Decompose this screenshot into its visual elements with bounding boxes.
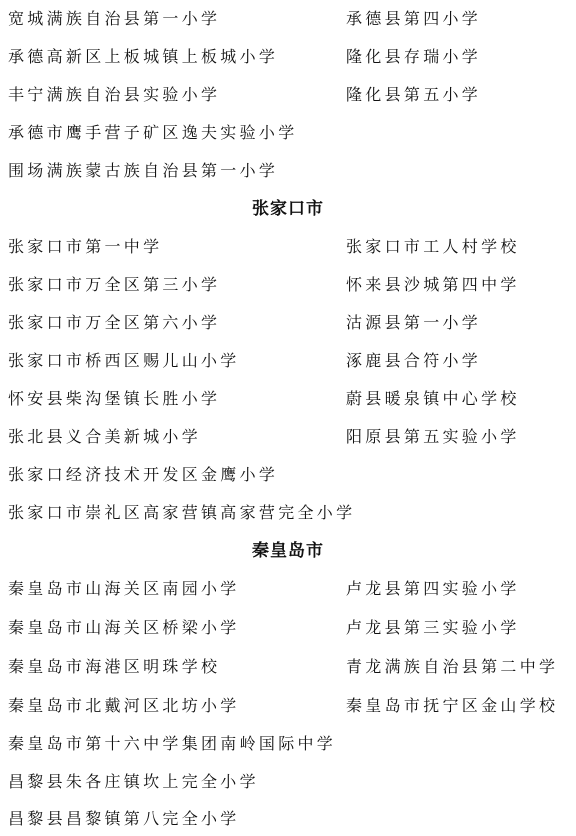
list-row: 昌黎县朱各庄镇坎上完全小学: [0, 763, 576, 801]
school-name: 昌黎县朱各庄镇坎上完全小学: [8, 763, 259, 801]
school-name: 秦皇岛市第十六中学集团南岭国际中学: [8, 725, 336, 763]
list-row: 丰宁满族自治县实验小学 隆化县第五小学: [0, 76, 576, 114]
list-row: 怀安县柴沟堡镇长胜小学 蔚县暖泉镇中心学校: [0, 380, 576, 418]
school-name: 张北县义合美新城小学: [8, 418, 201, 456]
list-row: 昌黎县昌黎镇第八完全小学: [0, 800, 576, 836]
school-name: 卢龙县第三实验小学: [346, 609, 520, 647]
school-name: 张家口市第一中学: [8, 228, 162, 266]
list-row: 秦皇岛市第十六中学集团南岭国际中学: [0, 725, 576, 763]
section-heading-qinhuangdao: 秦皇岛市: [0, 532, 576, 570]
school-name: 秦皇岛市山海关区南园小学: [8, 570, 240, 608]
school-name: 张家口市万全区第六小学: [8, 304, 220, 342]
school-name: 卢龙县第四实验小学: [346, 570, 520, 608]
list-row: 宽城满族自治县第一小学 承德县第四小学: [0, 0, 576, 38]
list-row: 张家口市崇礼区高家营镇高家营完全小学: [0, 494, 576, 532]
school-name: 秦皇岛市山海关区桥梁小学: [8, 609, 240, 647]
school-name: 青龙满族自治县第二中学: [346, 648, 558, 686]
school-name: 隆化县存瑞小学: [346, 38, 481, 76]
list-row: 张家口市万全区第三小学 怀来县沙城第四中学: [0, 266, 576, 304]
list-row: 张家口市第一中学 张家口市工人村学校: [0, 228, 576, 266]
school-name: 张家口市崇礼区高家营镇高家营完全小学: [8, 494, 355, 532]
list-row: 秦皇岛市海港区明珠学校 青龙满族自治县第二中学: [0, 648, 576, 686]
section-heading-zhangjiakou: 张家口市: [0, 190, 576, 228]
list-row: 秦皇岛市山海关区南园小学 卢龙县第四实验小学: [0, 570, 576, 608]
list-row: 秦皇岛市山海关区桥梁小学 卢龙县第三实验小学: [0, 609, 576, 647]
school-name: 承德高新区上板城镇上板城小学: [8, 38, 278, 76]
list-row: 张家口市万全区第六小学 沽源县第一小学: [0, 304, 576, 342]
school-name: 宽城满族自治县第一小学: [8, 0, 220, 38]
school-name: 张家口市工人村学校: [346, 228, 520, 266]
school-name: 秦皇岛市海港区明珠学校: [8, 648, 220, 686]
school-name: 张家口经济技术开发区金鹰小学: [8, 456, 278, 494]
school-name: 张家口市桥西区赐儿山小学: [8, 342, 240, 380]
list-row: 张北县义合美新城小学 阳原县第五实验小学: [0, 418, 576, 456]
school-name: 张家口市万全区第三小学: [8, 266, 220, 304]
school-name: 秦皇岛市抚宁区金山学校: [346, 687, 558, 725]
school-name: 围场满族蒙古族自治县第一小学: [8, 152, 278, 190]
school-name: 承德县第四小学: [346, 0, 481, 38]
school-name: 丰宁满族自治县实验小学: [8, 76, 220, 114]
school-list-page: 宽城满族自治县第一小学 承德县第四小学 承德高新区上板城镇上板城小学 隆化县存瑞…: [0, 0, 576, 836]
school-name: 阳原县第五实验小学: [346, 418, 520, 456]
school-name: 蔚县暖泉镇中心学校: [346, 380, 520, 418]
list-row: 秦皇岛市北戴河区北坊小学 秦皇岛市抚宁区金山学校: [0, 687, 576, 725]
school-name: 隆化县第五小学: [346, 76, 481, 114]
list-row: 张家口经济技术开发区金鹰小学: [0, 456, 576, 494]
school-name: 沽源县第一小学: [346, 304, 481, 342]
school-name: 昌黎县昌黎镇第八完全小学: [8, 800, 240, 836]
list-row: 承德高新区上板城镇上板城小学 隆化县存瑞小学: [0, 38, 576, 76]
list-row: 张家口市桥西区赐儿山小学 涿鹿县合符小学: [0, 342, 576, 380]
school-name: 怀安县柴沟堡镇长胜小学: [8, 380, 220, 418]
school-name: 涿鹿县合符小学: [346, 342, 481, 380]
list-row: 承德市鹰手营子矿区逸夫实验小学: [0, 114, 576, 152]
school-name: 承德市鹰手营子矿区逸夫实验小学: [8, 114, 298, 152]
school-name: 秦皇岛市北戴河区北坊小学: [8, 687, 240, 725]
list-row: 围场满族蒙古族自治县第一小学: [0, 152, 576, 190]
school-name: 怀来县沙城第四中学: [346, 266, 520, 304]
